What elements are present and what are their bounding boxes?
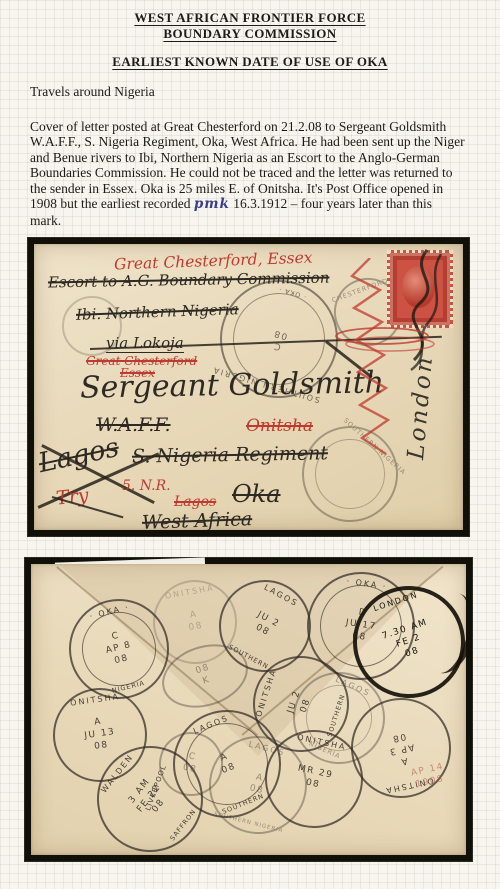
handwriting-lagos-large: Lagos <box>36 432 122 479</box>
handwriting-lagos-red: Lagos <box>174 494 216 510</box>
description-paragraph: Cover of letter posted at Great Chesterf… <box>30 119 466 229</box>
envelope-front: SOUTHERN NIGERIA C 08 · OKA · CHESTERFOR… <box>34 244 463 530</box>
handwriting-nr-red: 5. N.R. <box>122 478 171 494</box>
handwriting-regiment: S. Nigeria Regiment <box>132 442 328 467</box>
handwriting-addressee: Sergeant Goldsmith <box>80 365 385 405</box>
handwriting-oka: Oka <box>232 480 281 508</box>
page-title-line2: BOUNDARY COMMISSION <box>0 26 500 42</box>
handwriting-onitsha-red: Onitsha <box>246 416 313 436</box>
back-cover-photo: · OKA · C AP 8 08 NIGERIA LAGOS JU 2 08 … <box>25 558 472 861</box>
handwriting-via-lokoja: via Lokoja <box>106 334 184 353</box>
pen-annotation-pmk: pmk <box>194 196 230 212</box>
lead-line: Travels around Nigeria <box>30 84 155 100</box>
handwriting-west-africa: West Africa <box>142 508 253 530</box>
front-cover-photo: SOUTHERN NIGERIA C 08 · OKA · CHESTERFOR… <box>28 238 469 536</box>
red-zigzag-scribble <box>346 258 392 468</box>
exhibit-page: { "palette": { "paper": "#f7f5ef", "enve… <box>0 0 500 889</box>
envelope-back: · OKA · C AP 8 08 NIGERIA LAGOS JU 2 08 … <box>31 564 466 855</box>
page-title-line1: WEST AFRICAN FRONTIER FORCE <box>0 10 500 26</box>
page-subtitle: EARLIEST KNOWN DATE OF USE OF OKA <box>0 54 500 70</box>
